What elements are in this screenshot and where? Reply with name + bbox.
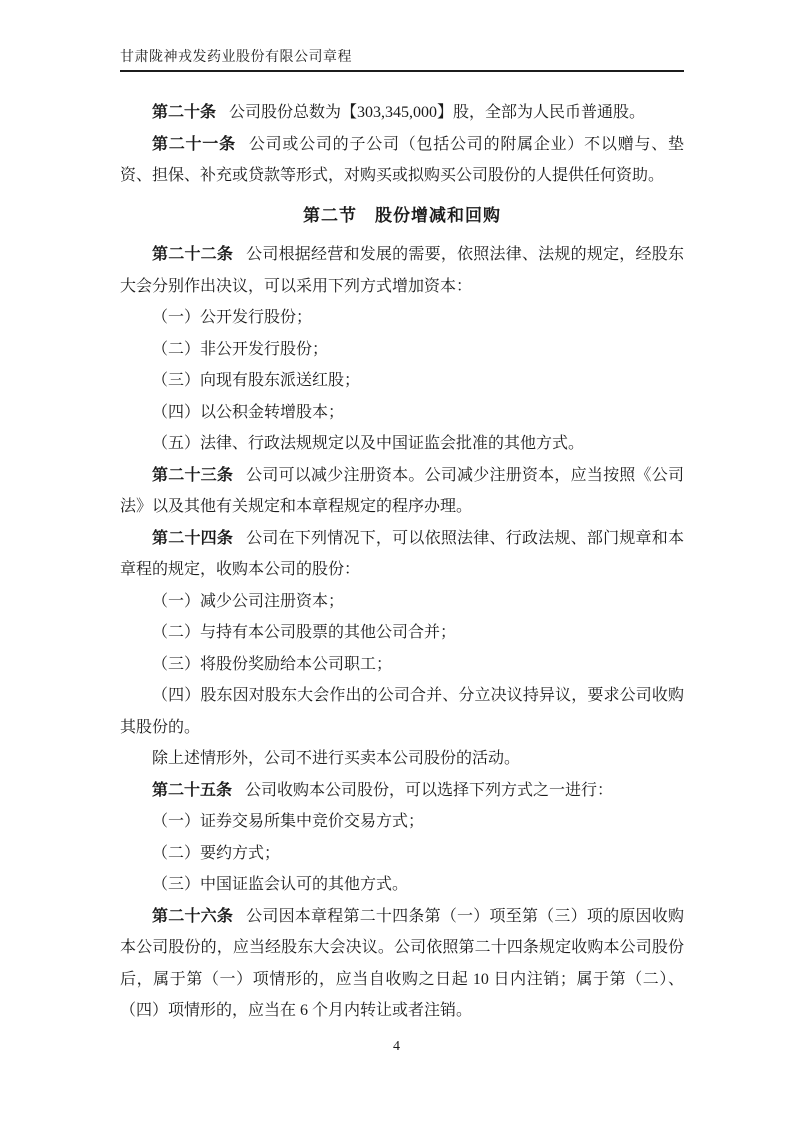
article-label: 第二十三条 — [152, 467, 233, 484]
page-header-title: 甘肃陇神戎发药业股份有限公司章程 — [120, 49, 684, 67]
article-label: 第二十条 — [152, 104, 216, 121]
document-body: 第二十条公司股份总数为【303,345,000】股，全部为人民币普通股。第二十一… — [120, 97, 684, 1027]
list-item: （一）证券交易所集中竞价交易方式； — [120, 806, 684, 838]
article-paragraph: 第二十六条公司因本章程第二十四条第（一）项至第（三）项的原因收购本公司股份的，应… — [120, 901, 684, 1027]
paragraph-text: 除上述情形外，公司不进行买卖本公司股份的活动。 — [152, 750, 520, 767]
paragraph-text: （三）将股份奖励给本公司职工； — [152, 656, 392, 673]
article-paragraph: 第二十五条公司收购本公司股份，可以选择下列方式之一进行： — [120, 775, 684, 807]
list-item: （四）股东因对股东大会作出的公司合并、分立决议持异议，要求公司收购其股份的。 — [120, 680, 684, 743]
paragraph-text: （五）法律、行政法规规定以及中国证监会批准的其他方式。 — [152, 435, 584, 452]
list-item: （五）法律、行政法规规定以及中国证监会批准的其他方式。 — [120, 428, 684, 460]
article-label: 第二十六条 — [152, 908, 233, 925]
paragraph-text: （三）向现有股东派送红股； — [152, 372, 360, 389]
paragraph-text: （二）与持有本公司股票的其他公司合并； — [152, 624, 456, 641]
list-item: （二）要约方式； — [120, 838, 684, 870]
paragraph-text: （四）以公积金转增股本； — [152, 404, 344, 421]
paragraph-text: （四）股东因对股东大会作出的公司合并、分立决议持异议，要求公司收购其股份的。 — [120, 687, 684, 736]
article-label: 第二十五条 — [152, 782, 232, 799]
article-label: 第二十四条 — [152, 530, 233, 547]
list-item: （三）向现有股东派送红股； — [120, 365, 684, 397]
document-page: 甘肃陇神戎发药业股份有限公司章程 第二十条公司股份总数为【303,345,000… — [0, 0, 793, 1122]
list-item: （一）减少公司注册资本； — [120, 586, 684, 618]
list-item: （三）中国证监会认可的其他方式。 — [120, 869, 684, 901]
list-item: （一）公开发行股份； — [120, 302, 684, 334]
article-label: 第二十二条 — [152, 246, 233, 263]
article-paragraph: 第二十三条公司可以减少注册资本。公司减少注册资本，应当按照《公司法》以及其他有关… — [120, 460, 684, 523]
page-number: 4 — [0, 1038, 793, 1056]
section-heading: 第二节 股份增减和回购 — [120, 200, 684, 232]
article-label: 第二十一条 — [152, 136, 236, 153]
paragraph-text: 公司收购本公司股份，可以选择下列方式之一进行： — [245, 782, 613, 799]
paragraph-text: （一）减少公司注册资本； — [152, 593, 344, 610]
paragraph-text: 公司股份总数为【303,345,000】股，全部为人民币普通股。 — [229, 104, 645, 121]
paragraph-text: （二）要约方式； — [152, 845, 280, 862]
paragraph: 除上述情形外，公司不进行买卖本公司股份的活动。 — [120, 743, 684, 775]
paragraph-text: （一）公开发行股份； — [152, 309, 312, 326]
list-item: （二）非公开发行股份； — [120, 334, 684, 366]
list-item: （二）与持有本公司股票的其他公司合并； — [120, 617, 684, 649]
article-paragraph: 第二十条公司股份总数为【303,345,000】股，全部为人民币普通股。 — [120, 97, 684, 129]
paragraph-text: （三）中国证监会认可的其他方式。 — [152, 876, 408, 893]
article-paragraph: 第二十二条公司根据经营和发展的需要，依照法律、法规的规定，经股东大会分别作出决议… — [120, 239, 684, 302]
paragraph-text: （一）证券交易所集中竞价交易方式； — [152, 813, 424, 830]
article-paragraph: 第二十一条公司或公司的子公司（包括公司的附属企业）不以赠与、垫资、担保、补充或贷… — [120, 129, 684, 192]
paragraph-text: （二）非公开发行股份； — [152, 341, 328, 358]
header-rule — [120, 70, 684, 72]
list-item: （四）以公积金转增股本； — [120, 397, 684, 429]
article-paragraph: 第二十四条公司在下列情况下，可以依照法律、行政法规、部门规章和本章程的规定，收购… — [120, 523, 684, 586]
list-item: （三）将股份奖励给本公司职工； — [120, 649, 684, 681]
